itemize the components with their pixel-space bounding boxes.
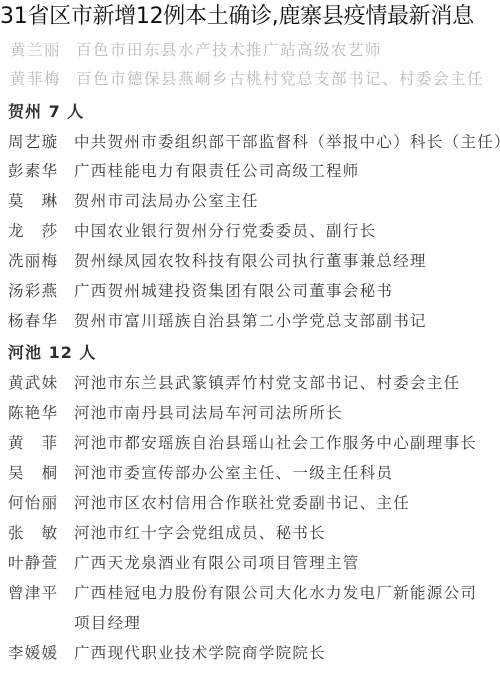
faded-list-row: 黄菲梅百色市德保县燕峒乡古桃村党总支部书记、村委会主任 [10, 67, 484, 89]
person-title: 百色市田东县水产技术推广站高级农艺师 [76, 41, 382, 59]
list-row: 汤彩燕广西贺州城建投资集团有限公司董事会秘书 [8, 279, 393, 301]
person-name: 黄武妹 [8, 371, 74, 393]
list-row: 张 敏河池市红十字会党组成员、秘书长 [8, 521, 326, 543]
list-row: 李媛媛广西现代职业技术学院商学院院长 [8, 641, 326, 663]
person-title: 广西天龙泉酒业有限公司项目管理主管 [74, 551, 360, 573]
person-name: 叶静萱 [8, 551, 74, 573]
person-title: 河池市区农村信用合作联社党委副书记、主任 [74, 491, 410, 513]
section-header-hechi: 河池 12 人 [8, 340, 96, 363]
list-row: 杨春华贺州市富川瑶族自治县第二小学党总支部副书记 [8, 309, 427, 331]
list-row: 叶静萱广西天龙泉酒业有限公司项目管理主管 [8, 551, 360, 573]
document-page: 黄兰丽百色市田东县水产技术推广站高级农艺师 黄菲梅百色市德保县燕峒乡古桃村党总支… [0, 0, 500, 674]
list-row: 吴 桐河池市委宣传部办公室主任、一级主任科员 [8, 461, 393, 483]
list-row: 何怡丽河池市区农村信用合作联社党委副书记、主任 [8, 491, 410, 513]
person-title: 河池市南丹县司法局车河司法所所长 [74, 401, 343, 423]
list-row: 黄 菲河池市都安瑶族自治县瑶山社会工作服务中心副理事长 [8, 431, 477, 453]
person-name: 曾津平 [8, 581, 74, 603]
person-name: 黄兰丽 [10, 38, 76, 60]
person-title: 贺州绿凤园农牧科技有限公司执行董事兼总经理 [74, 249, 427, 271]
person-name: 黄菲梅 [10, 67, 76, 89]
person-name: 张 敏 [8, 521, 74, 543]
faded-list-row: 黄兰丽百色市田东县水产技术推广站高级农艺师 [10, 38, 382, 60]
person-title: 河池市东兰县武篆镇弄竹村党支部书记、村委会主任 [74, 371, 460, 393]
person-title: 百色市德保县燕峒乡古桃村党总支部书记、村委会主任 [76, 70, 484, 88]
person-title: 广西桂冠电力股份有限公司大化水力发电厂新能源公司 [74, 581, 477, 603]
list-row: 黄武妹河池市东兰县武篆镇弄竹村党支部书记、村委会主任 [8, 371, 460, 393]
person-title: 中共贺州市委组织部干部监督科（举报中心）科长（主任） [74, 130, 500, 152]
person-name: 冼丽梅 [8, 249, 74, 271]
person-name: 黄 菲 [8, 431, 74, 453]
person-name: 彭素华 [8, 159, 74, 181]
person-title: 贺州市司法局办公室主任 [74, 189, 259, 211]
person-name: 何怡丽 [8, 491, 74, 513]
person-title: 贺州市富川瑶族自治县第二小学党总支部副书记 [74, 309, 427, 331]
person-name: 陈艳华 [8, 401, 74, 423]
list-row: 陈艳华河池市南丹县司法局车河司法所所长 [8, 401, 343, 423]
person-title: 广西现代职业技术学院商学院院长 [74, 641, 326, 663]
list-row: 彭素华广西桂能电力有限责任公司高级工程师 [8, 159, 360, 181]
person-name: 李媛媛 [8, 641, 74, 663]
list-row: 莫 琳贺州市司法局办公室主任 [8, 189, 259, 211]
person-title: 河池市委宣传部办公室主任、一级主任科员 [74, 461, 393, 483]
person-name: 杨春华 [8, 309, 74, 331]
person-name: 莫 琳 [8, 189, 74, 211]
list-row: 曾津平广西桂冠电力股份有限公司大化水力发电厂新能源公司 [8, 581, 477, 603]
person-title: 广西贺州城建投资集团有限公司董事会秘书 [74, 279, 393, 301]
person-name: 吴 桐 [8, 461, 74, 483]
headline-title: 31省区市新增12例本土确诊,鹿寨县疫情最新消息 [0, 0, 500, 33]
person-name: 周艺璇 [8, 130, 74, 152]
person-title: 河池市红十字会党组成员、秘书长 [74, 521, 326, 543]
person-name: 龙 莎 [8, 219, 74, 241]
person-title: 广西桂能电力有限责任公司高级工程师 [74, 159, 360, 181]
person-name: 汤彩燕 [8, 279, 74, 301]
list-row: 冼丽梅贺州绿凤园农牧科技有限公司执行董事兼总经理 [8, 249, 427, 271]
list-row: 周艺璇中共贺州市委组织部干部监督科（举报中心）科长（主任） [8, 130, 500, 152]
person-title: 中国农业银行贺州分行党委委员、副行长 [74, 219, 376, 241]
person-title: 河池市都安瑶族自治县瑶山社会工作服务中心副理事长 [74, 431, 477, 453]
list-row: 龙 莎中国农业银行贺州分行党委委员、副行长 [8, 219, 376, 241]
person-title-continuation: 项目经理 [74, 611, 141, 633]
section-header-hezhou: 贺州 7 人 [8, 99, 84, 122]
